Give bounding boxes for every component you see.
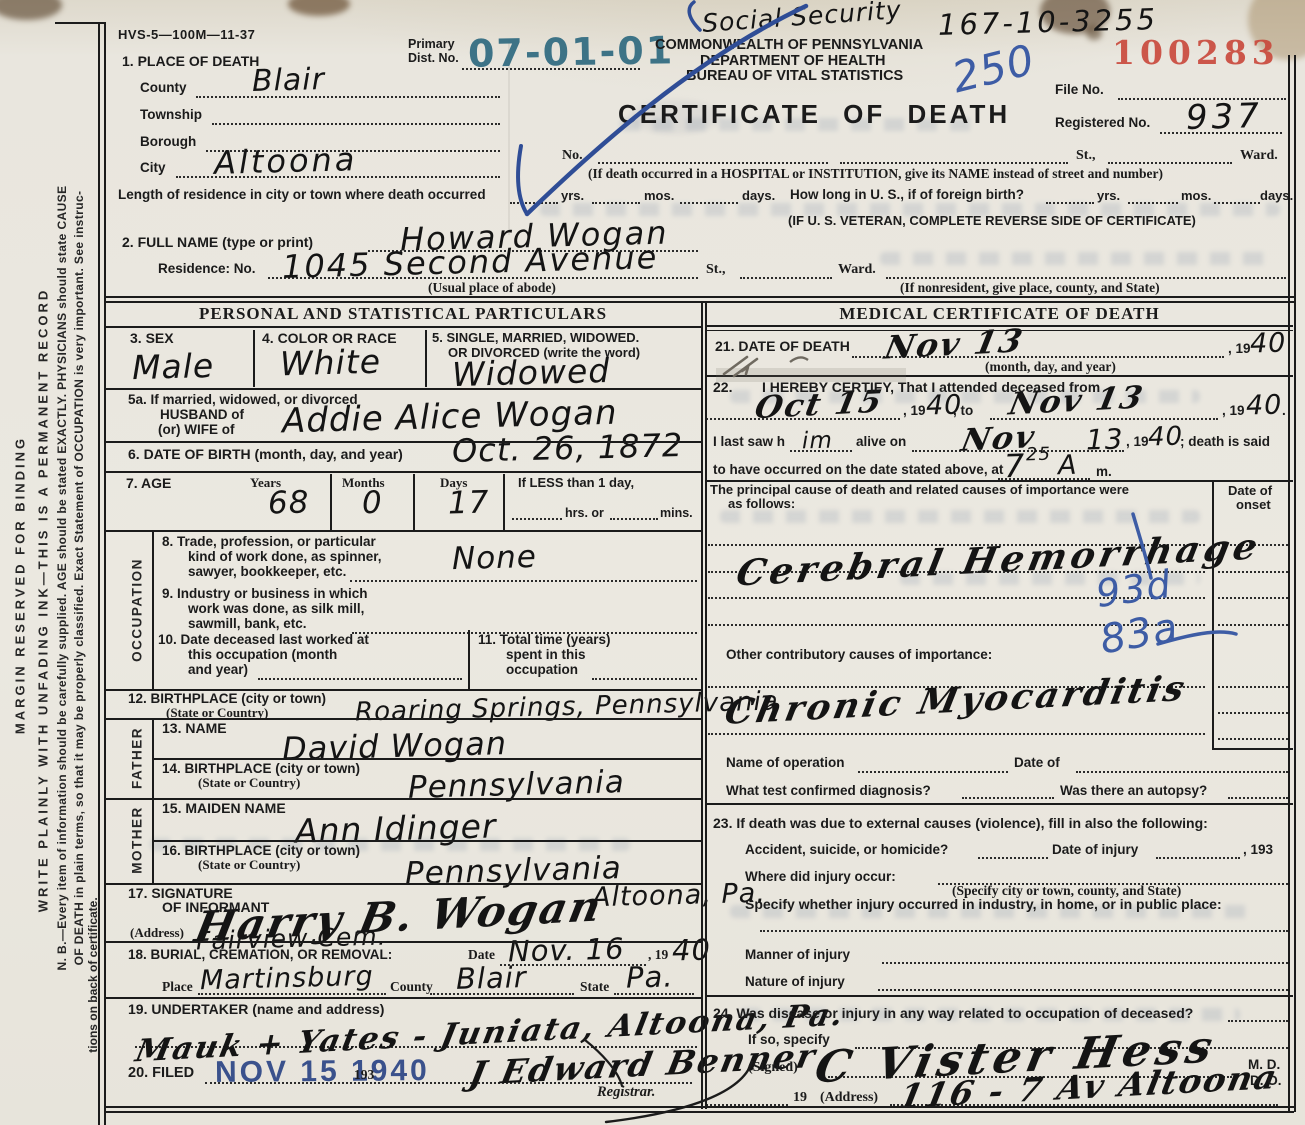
days-label: days. bbox=[742, 189, 775, 203]
nature-label: Nature of injury bbox=[745, 975, 845, 990]
dotted-line bbox=[1076, 771, 1288, 773]
dotted-line bbox=[1218, 624, 1288, 626]
filed-date-stamp: NOV 15 1940 bbox=[215, 1054, 430, 1090]
dotted-line bbox=[886, 277, 1286, 279]
undertaker-label: 19. UNDERTAKER (name and address) bbox=[128, 1002, 384, 1017]
filed-193-printed: 193 bbox=[354, 1068, 374, 1083]
dotted-line bbox=[1228, 797, 1288, 799]
days-col-label: Days bbox=[440, 476, 467, 490]
rule bbox=[152, 758, 701, 760]
ifso-label: If so, specify bbox=[748, 1033, 830, 1048]
cell-divider bbox=[425, 330, 427, 387]
yrs-label: yrs. bbox=[561, 189, 584, 203]
age-years-value: 68 bbox=[268, 487, 310, 519]
burial-year-printed: , 19 bbox=[648, 948, 668, 963]
marital-label2: OR DIVORCED (write the word) bbox=[448, 346, 640, 360]
dotted-line bbox=[196, 96, 500, 98]
dotted-line bbox=[1218, 712, 1288, 714]
registrar-label: Registrar. bbox=[597, 1085, 655, 1101]
occupation-side-label: OCCUPATION bbox=[130, 558, 145, 662]
dotted-line bbox=[1218, 597, 1288, 599]
dotted-line bbox=[680, 202, 738, 204]
margin-note: WRITE PLAINLY WITH UNFADING INK—THIS IS … bbox=[36, 288, 51, 912]
physician-address-label: (Address) bbox=[820, 1090, 878, 1105]
certify-label: I HEREBY CERTIFY, That I attended deceas… bbox=[762, 380, 1100, 395]
margin-note: MARGIN RESERVED FOR BINDING bbox=[13, 436, 28, 734]
age-days-value: 17 bbox=[448, 487, 490, 519]
yrs2-label: yrs. bbox=[1097, 189, 1120, 203]
cell-divider bbox=[152, 532, 154, 689]
form-border bbox=[55, 22, 105, 24]
lastworked-label1: 10. Date deceased last worked at bbox=[158, 633, 369, 648]
to-year-value: 40 bbox=[1246, 392, 1283, 420]
s22-number: 22. bbox=[713, 380, 732, 395]
totaltime-label1: 11. Total time (years) bbox=[478, 633, 611, 648]
dotted-line bbox=[740, 277, 832, 279]
cause-code-2: 83a bbox=[1097, 607, 1181, 660]
rule bbox=[706, 325, 1293, 327]
form-number: HVS-5—100M—11-37 bbox=[118, 28, 255, 42]
dotted-line bbox=[1218, 686, 1288, 688]
personal-title: PERSONAL AND STATISTICAL PARTICULARS bbox=[105, 305, 701, 324]
dotted-line bbox=[1128, 202, 1178, 204]
hospital-note: (If death occurred in a HOSPITAL or INST… bbox=[588, 167, 1163, 182]
address-label: (Address) bbox=[130, 926, 184, 940]
form-border bbox=[1288, 55, 1290, 1112]
registered-no-label: Registered No. bbox=[1055, 116, 1150, 131]
year19-printed: 19 bbox=[793, 1090, 807, 1105]
rule bbox=[105, 997, 701, 999]
dotted-line bbox=[1214, 202, 1260, 204]
accident-label: Accident, suicide, or homicide? bbox=[745, 843, 948, 858]
dotted-line bbox=[878, 989, 1288, 991]
rule bbox=[105, 296, 1294, 298]
dotted-line bbox=[592, 678, 697, 680]
race-label: 4. COLOR OR RACE bbox=[262, 331, 397, 346]
ward-label: Ward. bbox=[1240, 148, 1278, 163]
social-security-label-handwritten: Social Security bbox=[701, 0, 902, 36]
stain bbox=[288, 0, 350, 16]
certificate-title: CERTIFICATE OF DEATH bbox=[618, 100, 1010, 129]
dotted-line bbox=[708, 733, 1205, 735]
rule bbox=[706, 330, 1293, 331]
commonwealth-line: COMMONWEALTH OF PENNSYLVANIA bbox=[655, 38, 923, 54]
rule bbox=[105, 471, 701, 473]
rule bbox=[105, 530, 701, 532]
principal-cause-label2: as follows: bbox=[728, 497, 795, 511]
st2-label: St., bbox=[706, 262, 725, 277]
rule bbox=[105, 441, 701, 443]
mother-side-label: MOTHER bbox=[130, 806, 145, 874]
death-said-label: ; death is said bbox=[1180, 435, 1270, 450]
registered-no-value: 937 bbox=[1186, 99, 1264, 135]
trade-label2: kind of work done, as spinner, bbox=[188, 550, 382, 565]
to-label: , to bbox=[953, 404, 973, 419]
totaltime-label2: spent in this bbox=[506, 648, 586, 663]
period-printed: . bbox=[1282, 404, 1286, 419]
mdy-note: (month, day, and year) bbox=[985, 360, 1116, 375]
dotted-line bbox=[598, 162, 828, 164]
injury-193-printed: , 193 bbox=[1243, 843, 1273, 858]
time-min-value: 25 bbox=[1026, 446, 1051, 465]
code-250-handwritten: 250 bbox=[948, 39, 1039, 100]
rule bbox=[105, 1111, 1294, 1113]
burial-place-value: Martinsburg bbox=[200, 963, 374, 995]
howlong-label: How long in U. S., if of foreign birth? bbox=[790, 188, 1024, 203]
street-no-label: No. bbox=[562, 148, 583, 163]
contributory-label: Other contributory causes of importance: bbox=[726, 648, 992, 663]
husband-label: HUSBAND of bbox=[160, 408, 244, 423]
bureau-line: BUREAU OF VITAL STATISTICS bbox=[686, 69, 903, 85]
signed-label: (Signed) bbox=[748, 1060, 798, 1075]
hrs-label: hrs. or bbox=[565, 507, 604, 521]
date-of-death-label: 21. DATE OF DEATH bbox=[715, 339, 850, 354]
dotted-line bbox=[512, 518, 562, 520]
maiden-name-label: 15. MAIDEN NAME bbox=[162, 801, 286, 816]
burial-label: 18. BURIAL, CREMATION, OR REMOVAL: bbox=[128, 948, 392, 963]
bleed-through bbox=[720, 510, 1200, 523]
bleed-through bbox=[880, 252, 1270, 265]
cell-divider bbox=[413, 474, 415, 530]
dotted-line bbox=[962, 797, 1054, 799]
occurred-label: to have occurred on the date stated abov… bbox=[713, 463, 1003, 478]
external-causes-label: 23. If death was due to external causes … bbox=[713, 816, 1208, 831]
district-number-stamp: 07-01-01 bbox=[468, 28, 675, 76]
primary-dist-label: Primary bbox=[408, 38, 455, 52]
time-ampm-value: A bbox=[1058, 452, 1078, 480]
rule bbox=[152, 840, 701, 842]
signature-label2: OF INFORMANT bbox=[162, 900, 269, 915]
lastsaw-year-printed: , 19 bbox=[1126, 435, 1149, 450]
stain bbox=[0, 0, 62, 20]
lastsaw-label: I last saw h bbox=[713, 435, 785, 450]
s5a-label: 5a. If married, widowed, or divorced bbox=[128, 393, 358, 408]
sex-label: 3. SEX bbox=[130, 331, 174, 346]
father-bp-label2: (State or Country) bbox=[198, 776, 300, 790]
form-border bbox=[1294, 55, 1296, 1112]
residence-value: 1045 Second Avenue bbox=[282, 241, 659, 283]
time-m-printed: m. bbox=[1096, 465, 1112, 480]
months-label: Months bbox=[342, 476, 385, 490]
veteran-note: (IF U. S. VETERAN, COMPLETE REVERSE SIDE… bbox=[788, 214, 1196, 228]
onset-label2: onset bbox=[1236, 498, 1271, 512]
date-of-injury-label: Date of injury bbox=[1052, 843, 1138, 858]
wife-label: (or) WIFE of bbox=[158, 423, 234, 438]
dotted-line bbox=[840, 162, 1068, 164]
column-divider bbox=[701, 301, 703, 1109]
dotted-line bbox=[258, 678, 462, 680]
dotted-line bbox=[1156, 857, 1240, 859]
county-label: County bbox=[140, 81, 187, 96]
occupation-related-label: 24. Was disease or injury in any way rel… bbox=[713, 1006, 1193, 1021]
dotted-line bbox=[882, 962, 1288, 964]
cell-divider bbox=[330, 474, 332, 530]
burial-date-label: Date bbox=[468, 948, 495, 963]
burial-state-value: Pa. bbox=[626, 962, 674, 992]
primary-dist-label2: Dist. No. bbox=[408, 52, 459, 66]
marital-label1: 5. SINGLE, MARRIED, WIDOWED. bbox=[432, 331, 639, 345]
rule bbox=[706, 803, 1293, 805]
dotted-line bbox=[1218, 571, 1288, 573]
column-divider bbox=[705, 301, 707, 1109]
lastsaw-year-value: 40 bbox=[1148, 424, 1184, 451]
dotted-line bbox=[1228, 1020, 1288, 1022]
burial-county-value: Blair bbox=[456, 963, 527, 994]
dotted-line bbox=[1108, 162, 1232, 164]
city-label: City bbox=[140, 161, 166, 176]
burial-county-label: County bbox=[390, 980, 433, 995]
maiden-name-value: Ann Idinger bbox=[295, 809, 497, 847]
rule bbox=[105, 941, 701, 943]
cell-divider bbox=[468, 630, 470, 689]
county-value: Blair bbox=[252, 65, 326, 97]
dob-value: Oct. 26, 1872 bbox=[452, 429, 684, 467]
rule bbox=[105, 388, 701, 390]
ward2-label: Ward. bbox=[838, 262, 876, 277]
margin-note: N. B.—Every item of information should b… bbox=[55, 186, 69, 971]
lastworked-label3: and year) bbox=[188, 663, 248, 678]
autopsy-label: Was there an autopsy? bbox=[1060, 784, 1207, 799]
industry-label3: sawmill, bank, etc. bbox=[188, 617, 307, 632]
sex-value: Male bbox=[132, 349, 215, 384]
aliveon-label: alive on bbox=[856, 435, 906, 450]
trade-label1: 8. Trade, profession, or particular bbox=[162, 535, 376, 550]
rule bbox=[105, 301, 1294, 303]
dod-year-printed: , 19 bbox=[1228, 342, 1251, 357]
race-value: White bbox=[280, 345, 382, 381]
form-border bbox=[98, 22, 100, 1125]
md-label: M. D. bbox=[1248, 1058, 1280, 1073]
residence-length-label: Length of residence in city or town wher… bbox=[118, 188, 486, 203]
rule bbox=[706, 375, 1293, 377]
city-value: Altoona bbox=[214, 143, 358, 179]
dotted-line bbox=[1218, 738, 1288, 740]
dotted-line bbox=[760, 930, 1288, 932]
mins-label: mins. bbox=[660, 507, 693, 521]
from-year-printed: , 19 bbox=[903, 404, 926, 419]
lastsaw-day-value: 13 bbox=[1086, 426, 1124, 455]
days2-label: days. bbox=[1260, 189, 1293, 203]
where-injury-label: Where did injury occur: bbox=[745, 870, 896, 885]
birthplace-value: Roaring Springs, Pennsylvania bbox=[355, 688, 779, 725]
onset-box-border bbox=[1212, 748, 1293, 750]
test-label: What test confirmed diagnosis? bbox=[726, 784, 931, 799]
trade-value: None bbox=[452, 542, 538, 575]
borough-label: Borough bbox=[140, 135, 196, 150]
dob-label: 6. DATE OF BIRTH (month, day, and year) bbox=[128, 447, 403, 462]
abode-note: (Usual place of abode) bbox=[428, 281, 556, 296]
street-suffix-label: St., bbox=[1076, 148, 1095, 163]
cell-divider bbox=[253, 330, 255, 387]
rule bbox=[105, 1106, 1294, 1108]
dotted-line bbox=[592, 202, 640, 204]
specify-where-label: Specify whether injury occurred in indus… bbox=[745, 897, 1222, 912]
file-no-label: File No. bbox=[1055, 83, 1104, 98]
dotted-line bbox=[1046, 202, 1094, 204]
operation-label: Name of operation bbox=[726, 756, 845, 771]
contributory-value: Chronic Myocarditis bbox=[722, 671, 1190, 730]
totaltime-label3: occupation bbox=[506, 663, 578, 678]
place-of-death-label: 1. PLACE OF DEATH bbox=[122, 54, 259, 69]
rule bbox=[105, 326, 701, 328]
father-side-label: FATHER bbox=[130, 727, 145, 789]
dod-year-value: 40 bbox=[1250, 330, 1287, 358]
full-name-label: 2. FULL NAME (type or print) bbox=[122, 235, 313, 250]
mos-label: mos. bbox=[644, 189, 674, 203]
cell-divider bbox=[503, 474, 505, 530]
township-label: Township bbox=[140, 108, 202, 123]
age-months-value: 0 bbox=[362, 488, 384, 520]
onset-box-border bbox=[1212, 481, 1214, 750]
lastworked-label2: this occupation (month bbox=[188, 648, 337, 663]
burial-state-label: State bbox=[580, 980, 609, 995]
residence-label: Residence: No. bbox=[158, 262, 256, 277]
medical-title: MEDICAL CERTIFICATE OF DEATH bbox=[706, 305, 1293, 324]
mother-bp-label2: (State or Country) bbox=[198, 858, 300, 872]
death-certificate-document: MARGIN RESERVED FOR BINDING WRITE PLAINL… bbox=[0, 0, 1305, 1125]
trade-label3: sawyer, bookkeeper, etc. bbox=[188, 565, 346, 580]
time-hour-value: 7 bbox=[1004, 450, 1026, 483]
industry-label1: 9. Industry or business in which bbox=[162, 587, 368, 602]
form-border bbox=[104, 22, 106, 1125]
operation-date-label: Date of bbox=[1014, 756, 1060, 771]
dotted-line bbox=[350, 580, 697, 582]
father-name-label: 13. NAME bbox=[162, 721, 227, 736]
filed-label: 20. FILED bbox=[128, 1066, 194, 1082]
dotted-line bbox=[212, 123, 500, 125]
dotted-line bbox=[858, 771, 1008, 773]
rule bbox=[706, 995, 1293, 997]
manner-label: Manner of injury bbox=[745, 948, 850, 963]
nonresident-note: (If nonresident, give place, county, and… bbox=[900, 281, 1160, 296]
dotted-line bbox=[790, 450, 852, 452]
mos2-label: mos. bbox=[1181, 189, 1211, 203]
to-year-printed: , 19 bbox=[1222, 404, 1245, 419]
margin-note: OF DEATH in plain terms, so that it may … bbox=[72, 191, 86, 966]
burial-place-label: Place bbox=[162, 980, 193, 995]
industry-label2: work was done, as silk mill, bbox=[188, 602, 364, 617]
dotted-line bbox=[978, 857, 1048, 859]
years-label: Years bbox=[250, 476, 281, 490]
age-label: 7. AGE bbox=[126, 476, 171, 491]
dotted-line bbox=[610, 518, 658, 520]
serial-number-stamp: 100283 bbox=[1112, 33, 1280, 72]
less-than-label: If LESS than 1 day, bbox=[518, 476, 634, 490]
dotted-line bbox=[510, 202, 558, 204]
do-label: D. O. bbox=[1250, 1074, 1282, 1089]
